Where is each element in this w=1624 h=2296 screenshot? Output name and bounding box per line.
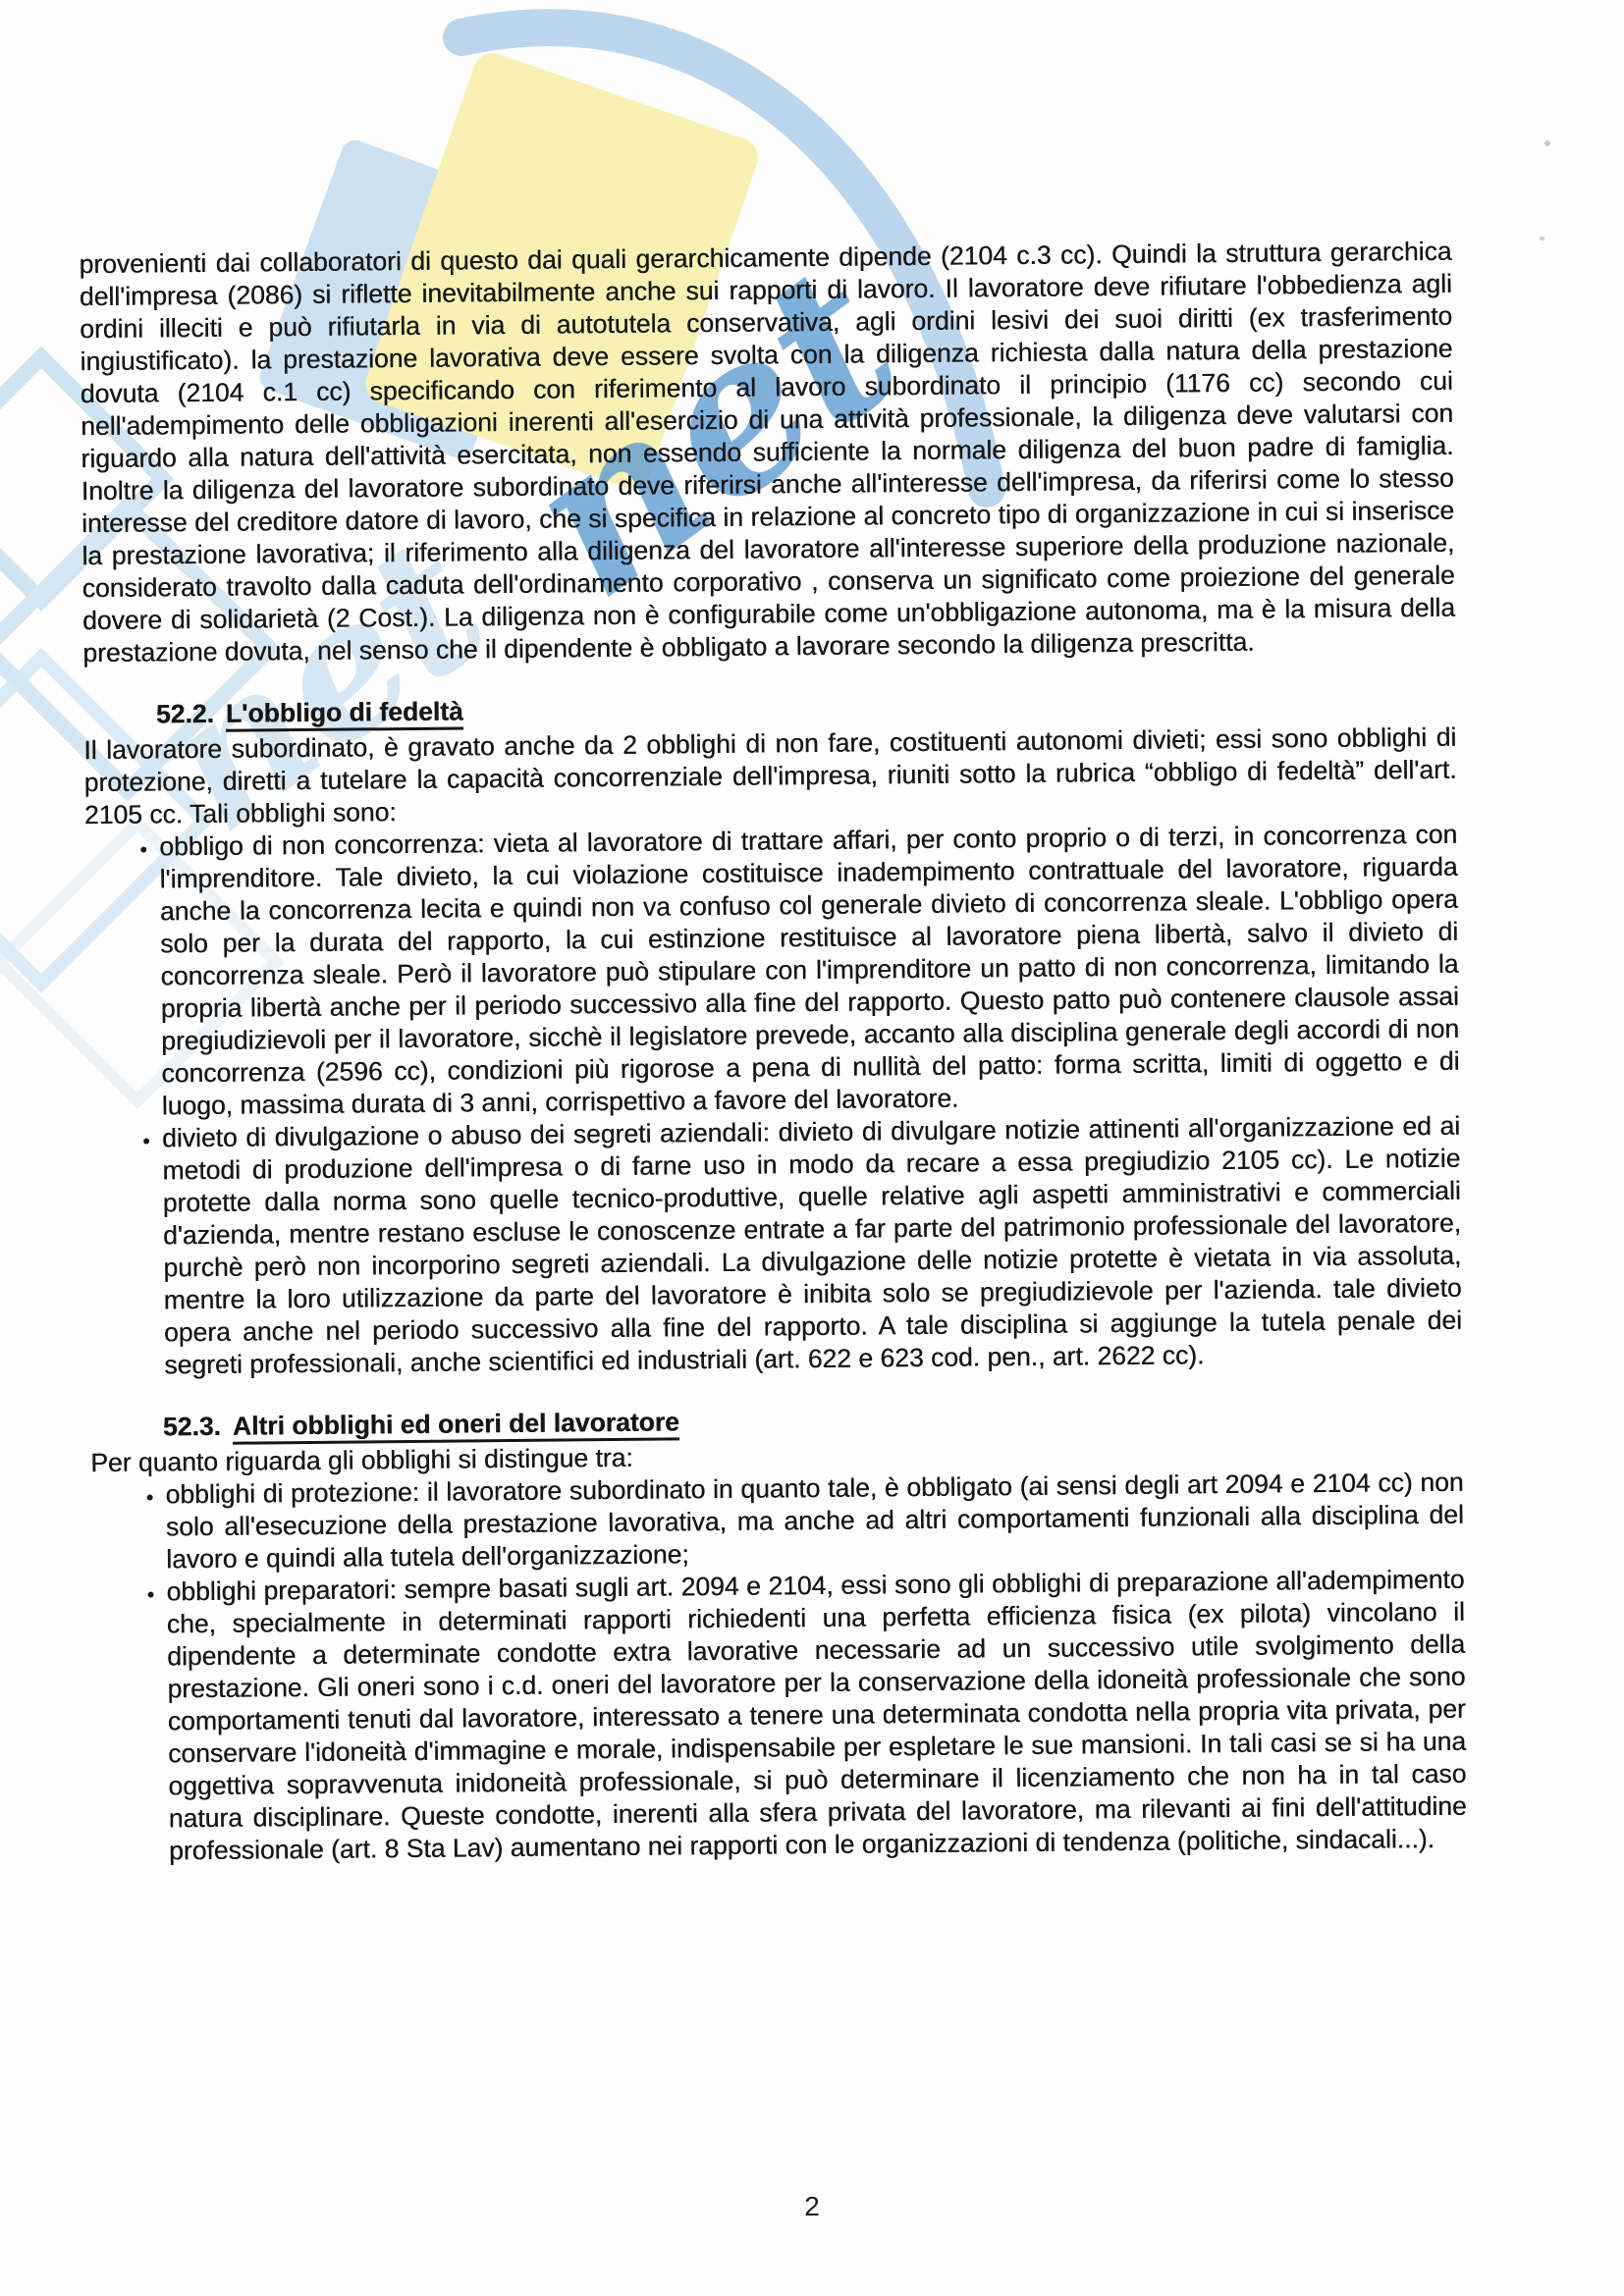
section-52-2-paragraph: Il lavoratore subordinato, è gravato anc… — [83, 721, 1457, 831]
heading-title: L'obbligo di fedeltà — [226, 696, 463, 731]
bullet-list-52-3: obblighi di protezione: il lavoratore su… — [90, 1467, 1467, 1868]
list-item: obblighi di protezione: il lavoratore su… — [165, 1467, 1464, 1576]
document-body: provenienti dai collaboratori di questo … — [79, 236, 1467, 1868]
heading-number: 52.3. — [163, 1412, 221, 1442]
scan-speck — [1540, 237, 1544, 240]
list-item: obblighi preparatori: sempre basati sugl… — [166, 1564, 1467, 1868]
bullet-list-52-2: obbligo di non concorrenza: vieta al lav… — [84, 819, 1462, 1382]
heading-number: 52.2. — [156, 699, 214, 729]
list-item: divieto di divulgazione o abuso dei segr… — [162, 1110, 1462, 1382]
scan-speck — [1544, 140, 1550, 146]
intro-paragraph: provenienti dai collaboratori di questo … — [79, 236, 1455, 669]
heading-title: Altri obblighi ed oneri del lavoratore — [233, 1407, 679, 1444]
list-item: obbligo di non concorrenza: vieta al lav… — [159, 819, 1460, 1123]
scanned-page: net net provenienti dai collaboratori di… — [0, 0, 1624, 2296]
page-number: 2 — [0, 2191, 1624, 2222]
